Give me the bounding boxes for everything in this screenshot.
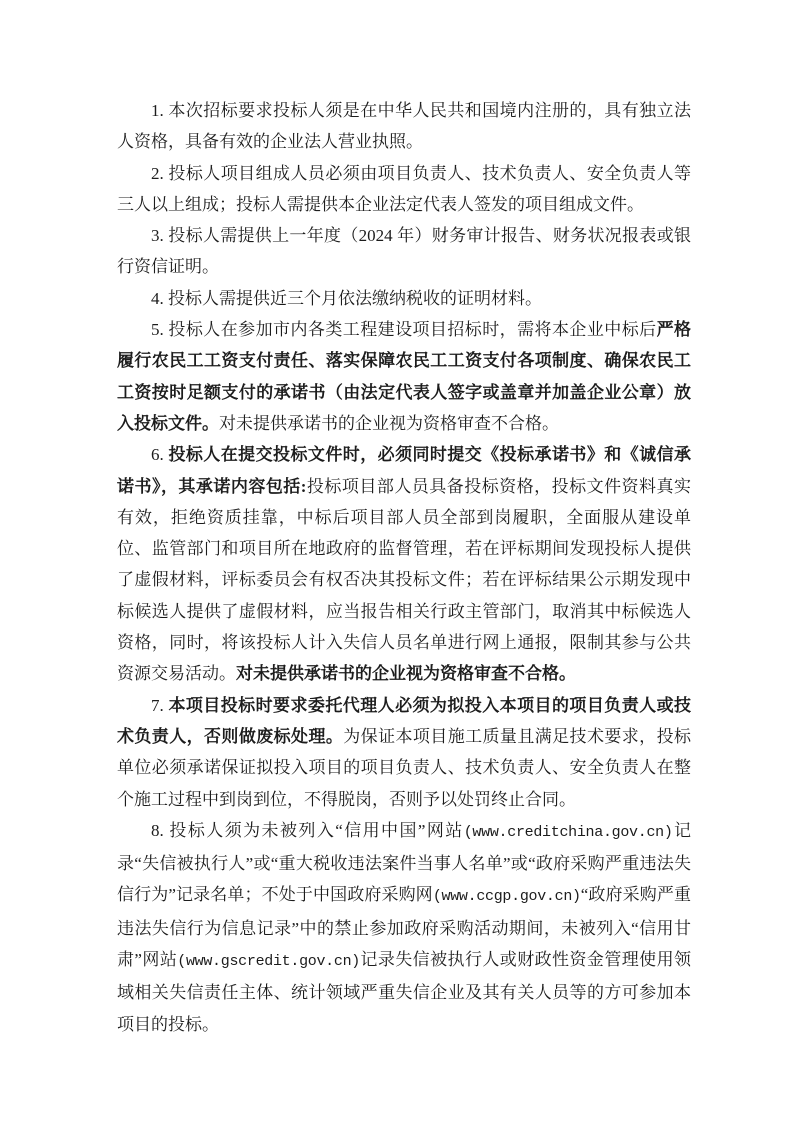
paragraph: 8. 投标人须为未被列入“信用中国”网站(www.creditchina.gov… <box>117 815 691 1040</box>
paragraph: 4. 投标人需提供近三个月依法缴纳税收的证明材料。 <box>117 283 691 314</box>
paragraph: 3. 投标人需提供上一年度（2024 年）财务审计报告、财务状况报表或银行资信证… <box>117 220 691 283</box>
url-text: (www.ccgp.gov.cn) <box>433 888 581 905</box>
paragraph: 7. 本项目投标时要求委托代理人必须为拟投入本项目的项目负责人或技术负责人，否则… <box>117 690 691 815</box>
text-segment: 对未提供承诺书的企业视为资格审查不合格。 <box>219 414 559 433</box>
text-segment: 6. <box>151 445 168 464</box>
text-segment: 对未提供承诺书的企业视为资格审查不合格。 <box>236 664 576 683</box>
paragraph: 2. 投标人项目组成人员必须由项目负责人、技术负责人、安全负责人等三人以上组成；… <box>117 158 691 221</box>
url-text: (www.gscredit.gov.cn) <box>177 953 360 970</box>
paragraph: 6. 投标人在提交投标文件时，必须同时提交《投标承诺书》和《诚信承诺书》，其承诺… <box>117 439 691 689</box>
text-segment: 8. 投标人须为未被列入“信用中国”网站 <box>151 821 464 840</box>
text-segment: 1. 本次招标要求投标人须是在中华人民共和国境内注册的，具有独立法人资格，具备有… <box>117 101 691 151</box>
text-segment: 4. 投标人需提供近三个月依法缴纳税收的证明材料。 <box>151 289 542 308</box>
paragraph: 1. 本次招标要求投标人须是在中华人民共和国境内注册的，具有独立法人资格，具备有… <box>117 95 691 158</box>
url-text: (www.creditchina.gov.cn) <box>464 824 673 841</box>
text-segment: 7. <box>151 696 168 715</box>
text-segment: 3. 投标人需提供上一年度（2024 年）财务审计报告、财务状况报表或银行资信证… <box>117 226 691 276</box>
paragraph: 5. 投标人在参加市内各类工程建设项目招标时，需将本企业中标后严格履行农民工工资… <box>117 314 691 439</box>
text-segment: 投标项目部人员具备投标资格，投标文件资料真实有效，拒绝资质挂靠，中标后项目部人员… <box>117 477 691 684</box>
document-body: 1. 本次招标要求投标人须是在中华人民共和国境内注册的，具有独立法人资格，具备有… <box>117 95 691 1040</box>
document-page: 1. 本次招标要求投标人须是在中华人民共和国境内注册的，具有独立法人资格，具备有… <box>0 0 793 1122</box>
text-segment: 2. 投标人项目组成人员必须由项目负责人、技术负责人、安全负责人等三人以上组成；… <box>117 164 691 214</box>
text-segment: 5. 投标人在参加市内各类工程建设项目招标时，需将本企业中标后 <box>151 320 657 339</box>
